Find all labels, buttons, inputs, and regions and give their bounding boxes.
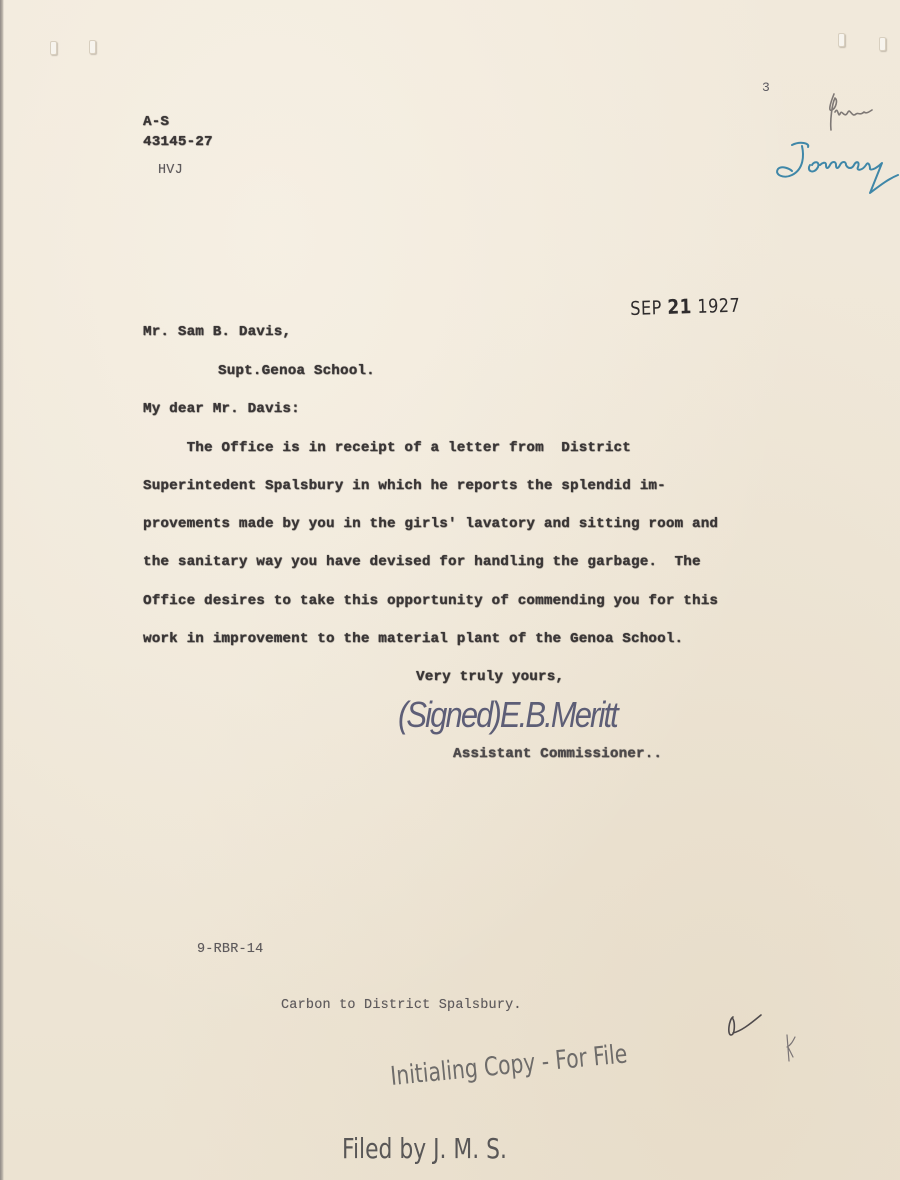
recipient-title: Supt.Genoa School.	[218, 363, 375, 379]
body-line: Office desires to take this opportunity …	[143, 593, 718, 609]
pencil-marks-icon	[725, 1005, 805, 1065]
body-line: Superintedent Spalsbury in which he repo…	[143, 478, 666, 494]
body-line: the sanitary way you have devised for ha…	[143, 554, 701, 570]
date-stamp-month: SEP	[630, 297, 662, 320]
staple-mark	[89, 40, 96, 54]
file-code-line2: 43145-27	[143, 134, 213, 150]
date-stamp: SEP 21 1927	[630, 293, 740, 320]
file-code-line1: A-S	[143, 114, 169, 130]
body-line: provements made by you in the girls' lav…	[143, 516, 718, 532]
handwritten-torrey-icon	[770, 135, 900, 195]
reference-code: 9-RBR-14	[197, 942, 263, 957]
carbon-note: Carbon to District Spalsbury.	[281, 998, 522, 1013]
signature-stamp: (Signed)E.B.Meritt	[398, 694, 617, 736]
date-stamp-year: 1927	[697, 295, 740, 318]
pencil-initials-icon	[826, 90, 876, 140]
page-number: 3	[762, 80, 770, 95]
body-line: work in improvement to the material plan…	[143, 631, 683, 647]
filed-by-stamp: Filed by J. M. S.	[342, 1132, 507, 1165]
recipient-name: Mr. Sam B. Davis,	[143, 324, 291, 340]
date-stamp-day: 21	[667, 294, 692, 319]
signer-title: Assistant Commissioner..	[453, 746, 662, 762]
typist-initials: HVJ	[158, 163, 183, 178]
staple-mark	[50, 41, 57, 55]
body-line: The Office is in receipt of a letter fro…	[143, 440, 631, 456]
staple-mark	[879, 37, 886, 51]
staple-mark	[838, 33, 845, 47]
salutation: My dear Mr. Davis:	[143, 401, 300, 417]
page-left-edge-shadow	[0, 0, 4, 1180]
closing: Very truly yours,	[416, 669, 564, 685]
